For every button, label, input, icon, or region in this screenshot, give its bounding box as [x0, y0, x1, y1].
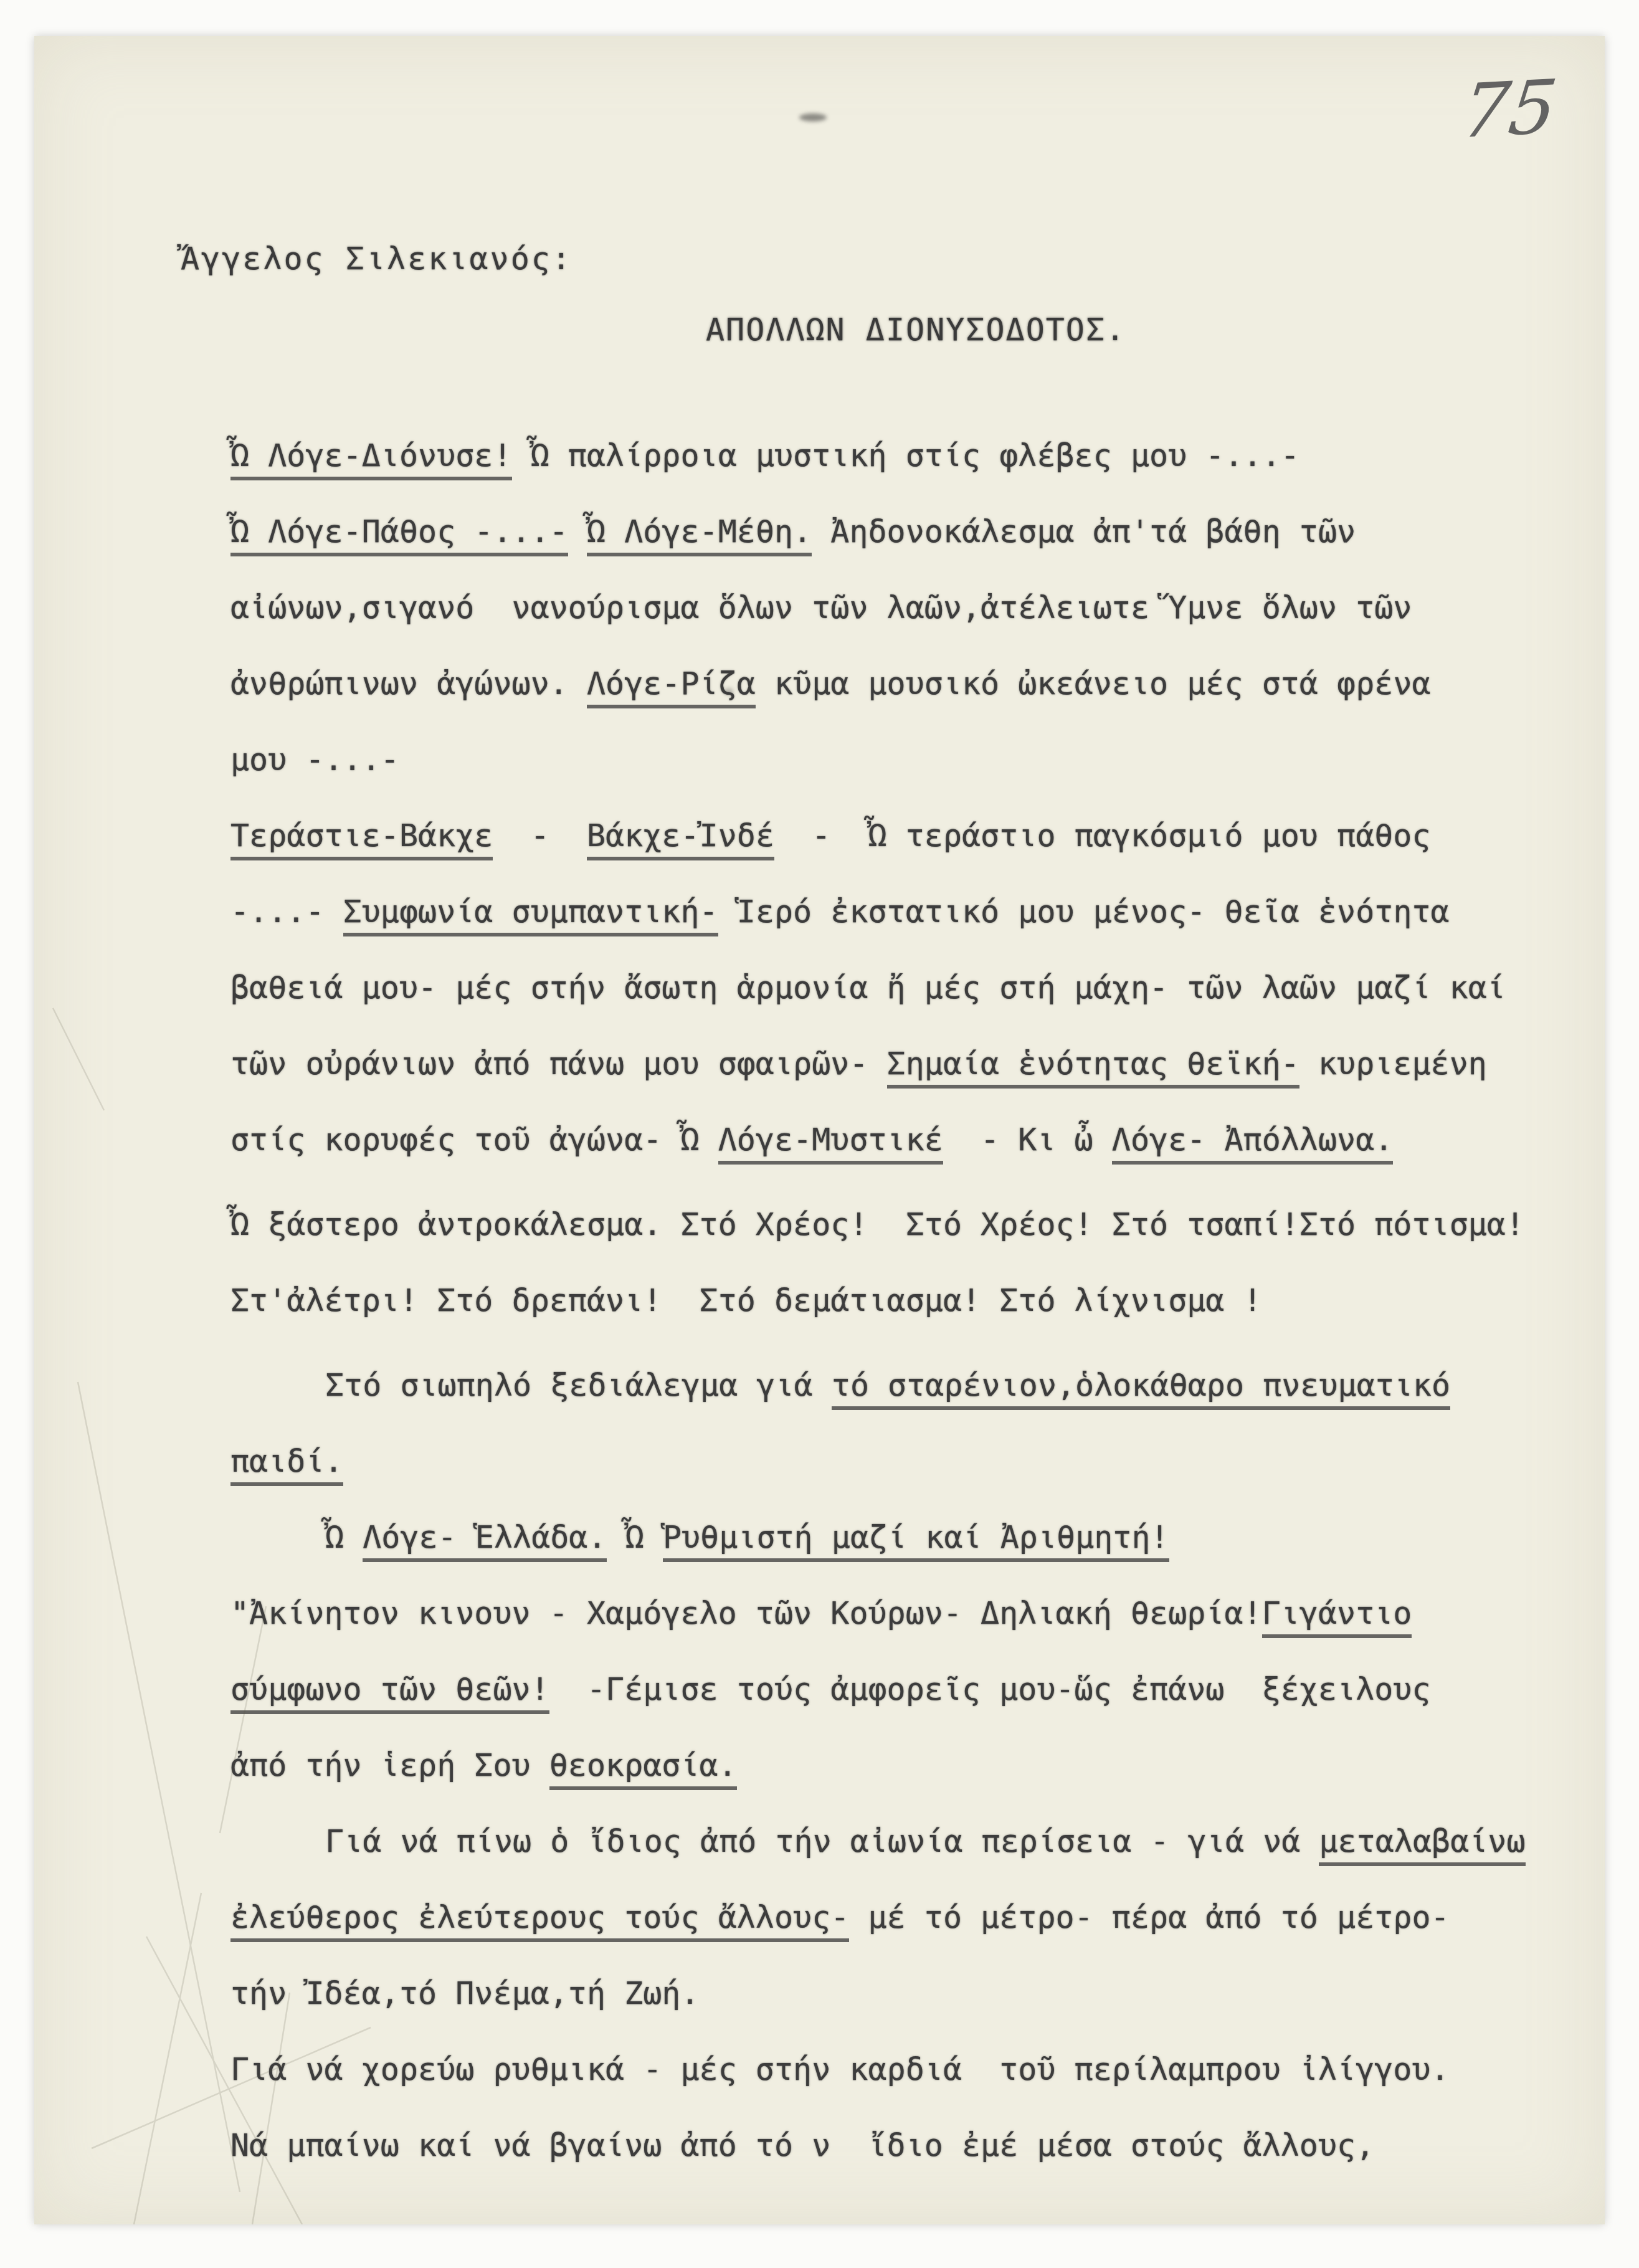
- text-segment: τήν Ἰδέα,τό Πνέμα,τή Ζωή.: [230, 1975, 700, 2011]
- text-line: αἰώνων,σιγανό νανούρισμα ὅλων τῶν λαῶν,ἀ…: [230, 569, 1483, 646]
- text-segment: ἀνθρώπινων ἀγώνων.: [230, 665, 587, 702]
- text-segment: αἰώνων,σιγανό νανούρισμα ὅλων τῶν λαῶν,ἀ…: [230, 589, 1412, 626]
- text-line: σύμφωνο τῶν θεῶν! -Γέμισε τούς ἀμφορεῖς …: [230, 1651, 1483, 1727]
- text-segment: κῦμα μουσικό ὠκεάνειο μές στά φρένα: [756, 665, 1431, 702]
- underlined-text: Τεράστιε-Βάκχε: [230, 817, 493, 860]
- author-line: Ἄγγελος Σιλεκιανός:: [181, 241, 572, 277]
- text-segment: Ὦ: [325, 1519, 363, 1555]
- text-line: Ὦ Λόγε-Πάθος -...- Ὦ Λόγε-Μέθη. Ἀηδονοκά…: [230, 493, 1483, 569]
- paper: 75 Ἄγγελος Σιλεκιανός: ΑΠΟΛΛΩΝ ΔΙΟΝΥΣΟΔΟ…: [34, 36, 1605, 2224]
- text-line: -...- Συμφωνία συμπαντική- Ἱερό ἐκστατικ…: [230, 874, 1483, 950]
- text-line: Γιά νά χορεύω ρυθμικά - μές στήν καρδιά …: [230, 2031, 1483, 2107]
- text-segment: μου -...-: [230, 741, 399, 778]
- underlined-text: Σημαία ἑνότητας θεϊκή-: [887, 1046, 1299, 1089]
- text-segment: [568, 513, 587, 550]
- text-segment: -: [493, 817, 587, 854]
- text-segment: κυριεμένη: [1299, 1046, 1487, 1082]
- text-segment: ἀπό τήν ἱερή Σου: [230, 1747, 549, 1783]
- text-line: Ὦ ξάστερο ἀντροκάλεσμα. Στό Χρέος! Στό Χ…: [230, 1186, 1483, 1262]
- text-segment: - Κι ὦ: [943, 1122, 1112, 1158]
- text-line: Στ'ἀλέτρι! Στό δρεπάνι! Στό δεμάτιασμα! …: [230, 1262, 1483, 1338]
- underlined-text: τό σταρένιον,ὁλοκάθαρο πνευματικό: [832, 1367, 1450, 1410]
- text-segment: "Ἀκίνητον κινουν - Χαμόγελο τῶν Κούρων- …: [230, 1595, 1262, 1631]
- document-title: ΑΠΟΛΛΩΝ ΔΙΟΝΥΣΟΔΟΤΟΣ.: [706, 312, 1126, 348]
- underlined-text: Λόγε- Ἑλλάδα.: [363, 1519, 606, 1562]
- text-segment: μέ τό μέτρο- πέρα ἀπό τό μέτρο-: [849, 1899, 1449, 1935]
- text-segment: στίς κορυφές τοῦ ἀγώνα- Ὦ: [230, 1122, 718, 1158]
- text-segment: Ἀηδονοκάλεσμα ἀπ'τά βάθη τῶν: [812, 513, 1356, 550]
- underlined-text: Ὦ Λόγε-Πάθος -...-: [230, 513, 568, 556]
- text-segment: Στό σιωπηλό ξεδιάλεγμα γιά: [325, 1367, 832, 1403]
- underlined-text: Λόγε- Ἀπόλλωνα.: [1112, 1122, 1394, 1165]
- text-line: Νά μπαίνω καί νά βγαίνω ἀπό τό ν ἴδιο ἐμ…: [230, 2107, 1483, 2183]
- text-segment: Ὦ: [607, 1519, 663, 1555]
- text-line: ἀπό τήν ἱερή Σου θεοκρασία.: [230, 1727, 1483, 1803]
- text-segment: Ὦ ξάστερο ἀντροκάλεσμα. Στό Χρέος! Στό Χ…: [230, 1206, 1524, 1242]
- text-segment: Νά μπαίνω καί νά βγαίνω ἀπό τό ν ἴδιο ἐμ…: [230, 2127, 1374, 2163]
- underlined-text: ἐλεύθερος ἐλεύτερους τούς ἄλλους-: [230, 1899, 849, 1942]
- underlined-text: θεοκρασία.: [549, 1747, 737, 1790]
- text-line: παιδί.: [230, 1423, 1483, 1499]
- text-line: τῶν οὐράνιων ἀπό πάνω μου σφαιρῶν- Σημαί…: [230, 1026, 1483, 1102]
- text-line: Στό σιωπηλό ξεδιάλεγμα γιά τό σταρένιον,…: [230, 1347, 1483, 1423]
- text-line: "Ἀκίνητον κινουν - Χαμόγελο τῶν Κούρων- …: [230, 1575, 1483, 1651]
- text-line: ἀνθρώπινων ἀγώνων. Λόγε-Ρίζα κῦμα μουσικ…: [230, 646, 1483, 722]
- underlined-text: μεταλαβαίνω: [1319, 1823, 1525, 1866]
- text-segment: τῶν οὐράνιων ἀπό πάνω μου σφαιρῶν-: [230, 1046, 887, 1082]
- text-segment: Γιά νά χορεύω ρυθμικά - μές στήν καρδιά …: [230, 2051, 1450, 2087]
- text-line: τήν Ἰδέα,τό Πνέμα,τή Ζωή.: [230, 1955, 1483, 2031]
- underlined-text: Ῥυθμιστή μαζί καί Ἀριθμητή!: [663, 1519, 1169, 1562]
- underlined-text: Ὦ Λόγε-Διόνυσε!: [230, 437, 512, 480]
- text-line: Ὦ Λόγε-Διόνυσε! Ὦ παλίρροια μυστική στίς…: [230, 417, 1483, 493]
- scanned-page: 75 Ἄγγελος Σιλεκιανός: ΑΠΟΛΛΩΝ ΔΙΟΝΥΣΟΔΟ…: [0, 0, 1639, 2268]
- text-segment: -Γέμισε τούς ἀμφορεῖς μου-ὥς ἐπάνω ξέχει…: [549, 1671, 1431, 1707]
- text-line: Τεράστιε-Βάκχε - Βάκχε-Ἰνδέ - Ὦ τεράστιο…: [230, 798, 1483, 874]
- text-line: βαθειά μου- μές στήν ἄσωτη ἁρμονία ἤ μές…: [230, 950, 1483, 1026]
- underlined-text: Ὦ Λόγε-Μέθη.: [587, 513, 812, 556]
- text-segment: Στ'ἀλέτρι! Στό δρεπάνι! Στό δεμάτιασμα! …: [230, 1282, 1262, 1318]
- underlined-text: Γιγάντιο: [1262, 1595, 1412, 1638]
- ink-smudge: [799, 113, 827, 121]
- poem-text: Ὦ Λόγε-Διόνυσε! Ὦ παλίρροια μυστική στίς…: [230, 417, 1483, 2183]
- underlined-text: Λόγε-Ρίζα: [587, 665, 756, 708]
- text-line: Ὦ Λόγε- Ἑλλάδα. Ὦ Ῥυθμιστή μαζί καί Ἀριθ…: [230, 1499, 1483, 1575]
- text-segment: -...-: [230, 893, 343, 930]
- text-line: στίς κορυφές τοῦ ἀγώνα- Ὦ Λόγε-Μυστικέ -…: [230, 1102, 1483, 1178]
- handwritten-page-number: 75: [1457, 64, 1561, 155]
- text-segment: - Ὦ τεράστιο παγκόσμιό μου πάθος: [774, 817, 1431, 854]
- underlined-text: παιδί.: [230, 1443, 343, 1486]
- underlined-text: σύμφωνο τῶν θεῶν!: [230, 1671, 549, 1714]
- text-segment: Γιά νά πίνω ὁ ἴδιος ἀπό τήν αἰωνία περίσ…: [325, 1823, 1319, 1859]
- text-segment: βαθειά μου- μές στήν ἄσωτη ἁρμονία ἤ μές…: [230, 970, 1506, 1006]
- text-line: ἐλεύθερος ἐλεύτερους τούς ἄλλους- μέ τό …: [230, 1879, 1483, 1955]
- underlined-text: Βάκχε-Ἰνδέ: [587, 817, 774, 860]
- text-segment: Ὦ παλίρροια μυστική στίς φλέβες μου -...…: [512, 437, 1299, 474]
- underlined-text: Συμφωνία συμπαντική-: [343, 893, 718, 936]
- underlined-text: Λόγε-Μυστικέ: [718, 1122, 943, 1165]
- text-line: Γιά νά πίνω ὁ ἴδιος ἀπό τήν αἰωνία περίσ…: [230, 1803, 1483, 1879]
- text-line: μου -...-: [230, 722, 1483, 798]
- text-segment: Ἱερό ἐκστατικό μου μένος- θεῖα ἑνότητα: [718, 893, 1450, 930]
